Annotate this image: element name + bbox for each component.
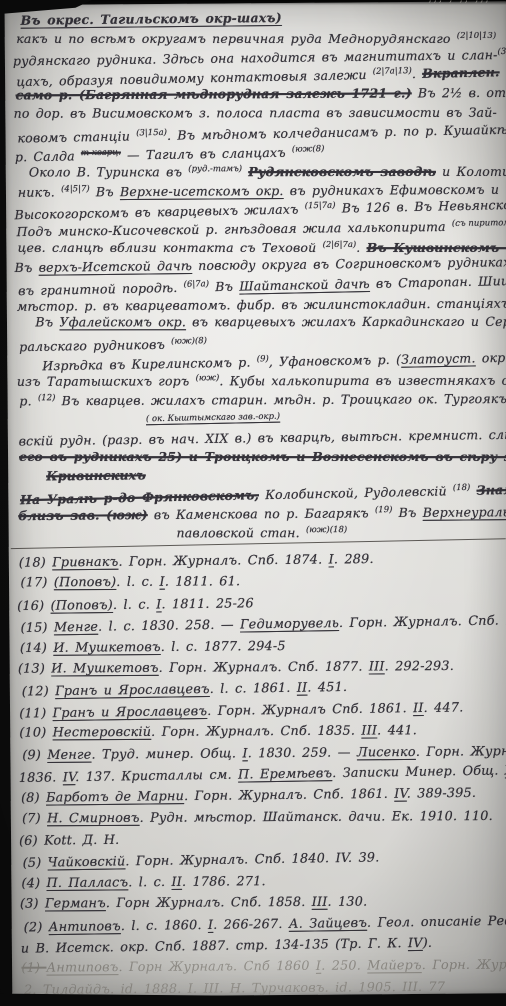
text-segment: . Горн. Журналъ. Спб. 1835. — [151, 724, 361, 740]
text-segment: (18) — [453, 483, 471, 493]
text-segment: . Труд. минер. Общ. — [91, 746, 242, 762]
text-segment: Н. Смирновъ — [47, 811, 140, 826]
text-segment: (3) — [20, 897, 45, 912]
handwritten-line: само р. (Багрянная мѣднорудная залежь 17… — [16, 83, 505, 105]
text-segment: павловской стан. — [176, 525, 305, 540]
text-segment: (14) — [20, 640, 53, 655]
text-segment: . Горн Журналъ. Спб. 1858. — [106, 895, 312, 911]
text-segment: . Горн. Журналъ. Спб. — [416, 743, 506, 759]
text-segment: . Геол. описаніе Ревдинск. — [367, 913, 506, 931]
text-segment: Лисенко — [357, 744, 416, 759]
text-segment: . Горн. Журналъ. Спб. 1861. — [184, 787, 394, 804]
text-segment: (юж)(18) — [306, 525, 347, 535]
text-segment: . l. c. 1830. 258. — — [98, 618, 240, 635]
text-segment: Антиповъ — [46, 961, 118, 976]
text-segment: I. III — [188, 981, 220, 996]
text-segment: Гедиморувель — [240, 616, 339, 633]
handwritten-line: павловской стан. (юж)(18) — [17, 521, 506, 540]
text-segment: Антиповъ — [49, 919, 121, 935]
text-segment: III — [402, 980, 418, 995]
text-segment: (3|15а) — [136, 128, 167, 139]
text-segment: (17) — [21, 576, 54, 591]
text-segment: (юж(8) — [292, 144, 325, 155]
text-segment: Гривнакъ — [52, 555, 118, 571]
text-segment: (4|5|7) — [61, 184, 90, 194]
text-segment: Въ — [209, 279, 240, 295]
text-segment: (15|7а) — [305, 201, 336, 212]
text-segment: . Горн Журналъ. Спб 1860 — [118, 959, 316, 975]
text-segment: П. Еремѣевъ — [238, 766, 332, 782]
text-segment: Вкраплен. — [422, 64, 500, 81]
text-segment: (руд.-тамъ) — [188, 164, 242, 174]
text-segment: (6|7а) — [183, 279, 209, 290]
text-segment: изъ Таратышскихъ горъ — [17, 373, 196, 388]
text-segment: . 292-293. — [385, 659, 454, 674]
text-segment: (15) — [20, 621, 54, 637]
text-segment: . Н. Турчаковъ. id. 1905. — [219, 980, 402, 996]
text-segment: Верхне-исетскомъ окр. — [120, 183, 284, 199]
text-segment: , Уфановскомъ р. ( — [269, 352, 402, 369]
text-segment: (9) — [257, 354, 269, 364]
text-segment: . 1830. 259. — — [248, 745, 357, 761]
text-segment: и В. Исетск. окр. Спб. 1887. стр. 134-13… — [21, 936, 408, 957]
text-segment: . Горн. Журналъ. Спб. 1840. IV. 39. — [125, 851, 379, 870]
manuscript-body-text: Въ окрес. Тагильскомъ окр-шахъ)какъ и по… — [5, 1, 506, 542]
text-segment: (юж)(8) — [171, 336, 207, 347]
text-segment: . 137. Кристаллы см. — [75, 767, 238, 785]
text-segment: и Колотиными руд- — [436, 164, 506, 179]
text-segment: Чайковскій — [48, 855, 126, 871]
text-segment: . 77 — [418, 980, 445, 995]
text-segment: . Кубы халькопирита въ известнякахъ ок. … — [219, 372, 506, 388]
text-segment: . l. c. — [128, 875, 171, 890]
text-segment: . Горн. Журналъ. Спб. 1877. — [159, 659, 369, 675]
text-segment: . — [412, 66, 423, 81]
text-segment: IV — [394, 787, 407, 802]
text-segment: (9) — [22, 748, 47, 763]
text-segment: въ Каменскова по р. Багарякъ — [148, 505, 375, 522]
text-segment: Знаменск. ок. Камбровской ж. — [476, 478, 506, 498]
text-segment: Въ 2½ в. отъ Н. Тагильска — [412, 84, 506, 100]
text-segment: Уфалейскомъ окр. — [59, 314, 186, 329]
text-segment: (3) — [497, 47, 506, 57]
text-segment: . 441. — [377, 723, 417, 738]
pencil-marks: ʼʼʼ ʼ ʼʼ ʼʼʼ — [428, 0, 490, 11]
text-segment: . 266-267. — [213, 916, 289, 932]
text-segment: Въ — [14, 260, 38, 275]
text-segment: (2) — [24, 920, 49, 935]
text-segment: Гранъ и Ярославцевъ — [55, 682, 210, 699]
text-segment: . Горн. Журналѣ 1874. — [422, 958, 506, 974]
text-segment: . Горн. Журналъ. Спб. 1848. — [339, 613, 506, 631]
text-segment: . Горн. Журналъ. Спб. 1874. — [118, 552, 328, 569]
text-segment: . l. c. 1860. — [121, 918, 208, 934]
text-segment: И. Мушкетовъ — [53, 640, 160, 656]
text-segment: Въ 126 в. Въ Невьянскомъ заводѣ — [335, 195, 506, 215]
text-segment: р. — [19, 393, 38, 408]
text-segment: . l. c. 1861. — [210, 681, 297, 697]
handwritten-line: его въ рудникахъ 25) и Троицкомъ и Возне… — [19, 445, 506, 464]
text-segment: верхъ-Исетской дачѣ — [39, 258, 193, 275]
manuscript-paper: Въ окрес. Тагильскомъ окр-шахъ)какъ и по… — [5, 1, 506, 997]
text-segment: . 451. — [307, 680, 347, 696]
text-segment: III — [361, 724, 377, 739]
text-segment: Въ окрес. Тагильскомъ окр-шахъ) — [21, 10, 282, 28]
text-segment: . Записки Минер. Общ. — [332, 763, 505, 781]
text-segment: Барботъ де Марни — [46, 789, 184, 806]
text-segment: II — [413, 701, 424, 716]
text-segment: Гранъ и Ярославцевъ — [53, 704, 208, 721]
text-segment: Въ — [90, 184, 120, 199]
text-segment: Верхнеуральск. у. — [423, 504, 506, 520]
text-segment: . 130. — [327, 895, 367, 910]
reference-line: (1) Антиповъ. Горн Журналъ. Спб 1860 I. … — [21, 955, 506, 980]
manuscript-photo: Въ окрес. Тагильскомъ окр-шахъ)какъ и по… — [0, 0, 506, 1006]
text-segment: Златоуст. — [401, 350, 476, 366]
text-segment: . 1811. 61. — [165, 575, 240, 590]
text-segment: (12) — [22, 684, 56, 699]
text-segment: (12) — [38, 393, 56, 403]
text-segment: II — [171, 875, 182, 890]
text-segment: III — [369, 659, 385, 674]
text-segment: 1836. — [19, 770, 63, 786]
text-segment: . — [356, 240, 366, 255]
text-segment: Менге — [54, 620, 98, 636]
text-segment: само р. (Багрянная мѣднорудная залежь 17… — [16, 85, 412, 102]
handwritten-line: близъ зав. (юж) въ Каменскова по р. Бага… — [18, 500, 506, 523]
text-segment: (18) — [19, 555, 52, 570]
text-segment: II — [297, 681, 308, 696]
text-segment: И. Мушкетовъ — [51, 661, 158, 677]
text-segment: (Поповъ) — [50, 598, 113, 614]
handwritten-line: мѣстор. р. въ кварцеватомъ. фибр. въ жил… — [17, 292, 506, 314]
text-segment: III — [312, 895, 328, 910]
text-segment: (11) — [19, 706, 53, 721]
text-segment: (юж) — [196, 373, 220, 383]
text-segment: Германъ — [45, 896, 106, 911]
handwritten-line: изъ Таратышскихъ горъ (юж). Кубы халькоп… — [17, 369, 506, 389]
reference-line: 2. Тилдайдъ. id. 1888. I. III. Н. Турчак… — [24, 976, 506, 997]
reference-list: (18) Гривнакъ. Горн. Журналъ. Спб. 1874.… — [9, 546, 506, 997]
text-segment: въ кварцевыхъ жилахъ Каркадинскаго и Сер… — [186, 314, 506, 329]
text-segment: въ Старопан. Шишимарскомъ — [370, 271, 506, 291]
text-segment: (7) — [22, 811, 47, 826]
text-segment: . l. c. 1877. 294-5 — [161, 639, 286, 655]
text-segment: (2|7а|13) — [373, 66, 412, 77]
text-segment: (1) — [21, 961, 46, 976]
text-segment: Въ — [35, 314, 59, 329]
text-segment: . 1786. 271. — [182, 874, 266, 890]
handwritten-line: Около В. Туринска въ (руд.-тамъ) Рудянск… — [29, 160, 504, 180]
reference-line: (10) Нестеровскій. Горн. Журналъ. Спб. 1… — [19, 720, 506, 744]
text-segment: Менге — [47, 747, 91, 762]
text-segment: Майеръ — [367, 959, 422, 974]
text-segment: Около В. Туринска въ — [29, 164, 188, 179]
text-segment: т кварц. — [81, 148, 121, 159]
text-segment: IV — [63, 770, 76, 785]
text-segment: Нестеровскій — [53, 725, 152, 741]
text-segment: . 389-395. — [407, 786, 477, 802]
text-segment: (2|10|13) — [457, 31, 496, 41]
text-segment: . Горн. Журналъ Спб. 1861. — [207, 701, 413, 719]
text-segment: Рудянсковскомъ заводѣ — [248, 164, 436, 179]
text-segment: Шайтанской дачѣ — [239, 276, 370, 294]
text-segment: (съ пиритомъ) — [452, 218, 506, 229]
text-segment: . 289. — [334, 552, 374, 567]
text-segment: . 447. — [423, 700, 463, 716]
text-segment: А. Зайцевъ — [289, 915, 367, 931]
text-segment: ( ок. Кыштымскаго зав.-окр.) — [146, 412, 280, 425]
text-segment: П. Палласъ — [46, 875, 128, 891]
text-segment: окр.) — [475, 350, 506, 366]
text-segment: (5) — [23, 856, 48, 871]
text-segment: (Поповъ) — [54, 575, 116, 590]
text-segment: . Рудн. мѣстор. Шайтанск. дачи. Ек. 1910… — [140, 809, 493, 826]
text-segment: . 250. — [321, 959, 367, 974]
text-segment: . l. c. — [113, 597, 156, 613]
text-segment: (13) — [18, 661, 51, 676]
text-segment: IV — [408, 936, 423, 951]
text-segment: (10) — [19, 726, 52, 741]
text-segment: (16) — [17, 598, 51, 613]
text-segment: (2|6|7а) — [323, 240, 357, 250]
text-segment: (19) — [375, 505, 393, 515]
text-segment: ). — [423, 936, 433, 951]
text-segment: никъ. — [18, 184, 61, 199]
text-segment: Кривинскихъ — [46, 467, 146, 483]
text-segment: Колобинской, Рудолевскій — [259, 483, 453, 502]
text-segment: Въ — [392, 505, 422, 520]
text-segment: (8) — [21, 791, 46, 806]
text-segment: (6) Kott. Д. Н. — [19, 833, 119, 849]
text-segment: (4) — [21, 876, 46, 891]
text-segment: . 1811. 25-26 — [161, 596, 254, 612]
text-segment: цев. сланцѣ вблизи контакта съ Теховой — [18, 240, 323, 255]
text-segment: . l. c. — [116, 575, 159, 590]
